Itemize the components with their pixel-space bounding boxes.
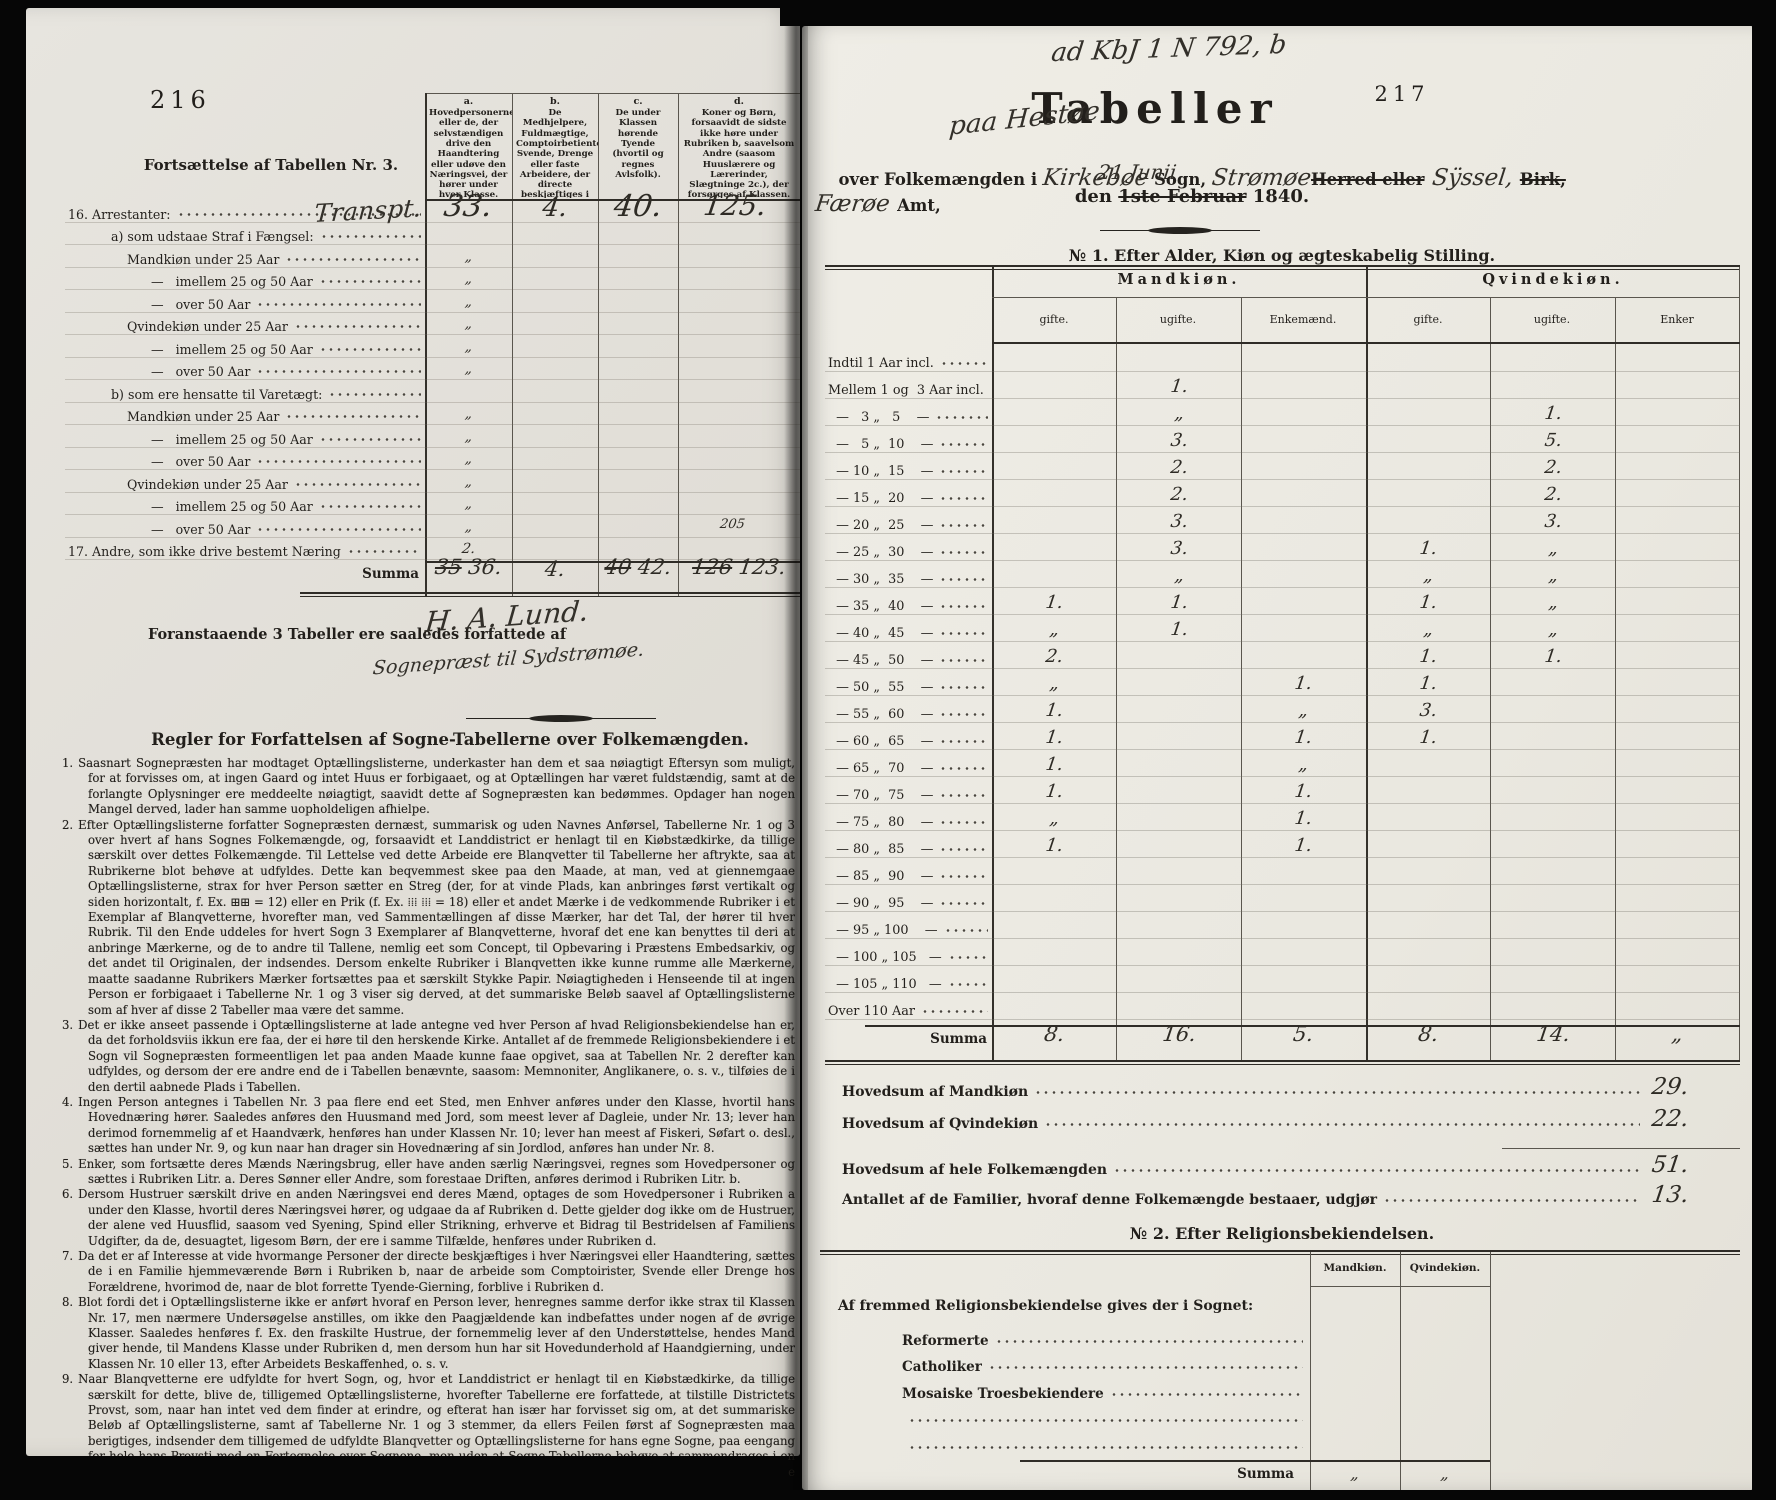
- cell-a: [425, 220, 512, 222]
- age-label-wrap: — 70 „ 75 —: [825, 788, 992, 803]
- row-label: — imellem 25 og 50 Aar: [151, 274, 313, 289]
- row-label: — imellem 25 og 50 Aar: [151, 342, 313, 357]
- cell-male-widowers: [1241, 640, 1366, 641]
- religion-row: [902, 1402, 1307, 1429]
- cell-female-unmarried: [1491, 937, 1616, 938]
- age-label: — 20 „ 25 —: [828, 518, 933, 533]
- age-row: — 100 „ 105 —: [825, 939, 1740, 966]
- dot-leader: [939, 764, 988, 773]
- cell-male-unmarried: [1117, 667, 1242, 668]
- scan-edge-bottom-right: [788, 1490, 1776, 1500]
- table-rule: [825, 265, 1740, 270]
- total-label: Antallet af de Familier, hvoraf denne Fo…: [842, 1192, 1377, 1208]
- cell-male-widowers: 1.: [1240, 835, 1368, 857]
- cell-female-married: [1366, 937, 1491, 938]
- cell-c: [598, 377, 678, 379]
- cell-male-unmarried: „: [1115, 565, 1243, 587]
- cell-female-unmarried: 5.: [1489, 430, 1617, 452]
- rule-text: Dersom Hustruer særskilt drive en anden …: [78, 1187, 795, 1247]
- table-row: Qvindekiøn under 25 Aar „: [65, 313, 800, 336]
- cell-b: [512, 445, 598, 447]
- cell-c: [598, 445, 678, 447]
- cell-c: [598, 287, 678, 289]
- table-rule: [1310, 1286, 1490, 1287]
- age-row: — 60 „ 65 — 1. 1. 1.: [825, 723, 1740, 750]
- cell-female-married: [1366, 883, 1491, 884]
- handwritten-date: 21 Junii: [1097, 160, 1178, 184]
- table2-intro: Af fremmed Religionsbekiendelse gives de…: [838, 1298, 1253, 1314]
- cell-b: [512, 400, 598, 402]
- cell-female-married: [1366, 370, 1491, 371]
- total-value: 22.: [1650, 1106, 1724, 1132]
- group-header-female: Qvindekiøn.: [1366, 271, 1740, 288]
- age-label-wrap: — 3 „ 5 —: [825, 410, 992, 425]
- total-label: Hovedsum af hele Folkemængden: [842, 1162, 1107, 1178]
- cell-male-married: [992, 505, 1117, 506]
- cell-female-married: [1366, 964, 1491, 965]
- age-row: — 40 „ 45 — „ 1. „ „: [825, 615, 1740, 642]
- cell-male-unmarried: [1117, 802, 1242, 803]
- cell-male-widowers: [1241, 478, 1366, 479]
- age-label-wrap: — 20 „ 25 —: [825, 518, 992, 533]
- summa-female-unmarried: 14.: [1489, 1022, 1617, 1047]
- age-label-wrap: — 50 „ 55 —: [825, 680, 992, 695]
- cell-female-unmarried: 2.: [1489, 457, 1617, 479]
- dot-leader: [256, 525, 421, 534]
- age-row: — 25 „ 30 — 3. 1. „: [825, 534, 1740, 561]
- cell-male-married: „: [990, 808, 1118, 830]
- rule-text: Saasnart Sognepræsten har modtaget Optæl…: [78, 756, 795, 816]
- cell-female-married: [1366, 424, 1491, 425]
- cell-female-unmarried: „: [1489, 565, 1617, 587]
- dot-leader: [939, 602, 988, 611]
- subcolumn-header: ugifte.: [1116, 313, 1240, 326]
- age-label-wrap: Mellem 1 og 3 Aar incl.: [825, 383, 992, 398]
- cell-b: [512, 355, 598, 357]
- cell-female-unmarried: 2.: [1489, 484, 1617, 506]
- cell-c: [598, 535, 678, 537]
- age-label: — 90 „ 95 —: [828, 896, 933, 911]
- cell-b: [512, 377, 598, 379]
- age-label-wrap: — 75 „ 80 —: [825, 815, 992, 830]
- cell-a: „: [424, 406, 514, 424]
- rule-text: Enker, som fortsætte deres Mænds Nærings…: [78, 1157, 795, 1186]
- dot-leader: [294, 480, 421, 489]
- row-label: Mandkiøn under 25 Aar: [127, 252, 279, 267]
- printed-text: Amt,: [897, 196, 941, 215]
- scan-edge-left: [0, 0, 26, 1500]
- separator-rule: [1502, 1148, 1740, 1149]
- dot-leader: [940, 359, 988, 368]
- row-label-wrap: — over 50 Aar: [65, 522, 425, 537]
- cell-female-unmarried: [1491, 802, 1616, 803]
- age-table: Mandkiøn. Qvindekiøn. gifte. ugifte. Enk…: [825, 265, 1740, 1065]
- age-row: Indtil 1 Aar incl.: [825, 345, 1740, 372]
- dot-leader: [939, 440, 988, 449]
- total-value: 51.: [1650, 1152, 1724, 1178]
- summa-male-married: 8.: [990, 1022, 1118, 1047]
- cell-c: [598, 512, 678, 514]
- dot-leader: [294, 322, 421, 331]
- cell-male-unmarried: 1.: [1115, 376, 1243, 398]
- age-label: — 70 „ 75 —: [828, 788, 933, 803]
- cell-c: [598, 467, 678, 469]
- rule-text: Efter Optællingslisterne forfatter Sogne…: [78, 818, 795, 1017]
- cell-male-unmarried: [1117, 370, 1242, 371]
- table-row: — over 50 Aar „: [65, 358, 800, 381]
- age-label: — 80 „ 85 —: [828, 842, 933, 857]
- struck-number: 40: [603, 555, 633, 579]
- subcolumn-header: ugifte.: [1490, 313, 1614, 326]
- dot-leader: [948, 953, 988, 962]
- age-label: — 55 „ 60 —: [828, 707, 933, 722]
- religion-label: Catholiker: [902, 1359, 982, 1375]
- cell-male-married: 1.: [990, 727, 1118, 749]
- cell-female-unmarried: 1.: [1489, 646, 1617, 668]
- table2-rows: Reformerte Catholiker Mosaiske Troesbeki…: [902, 1322, 1307, 1455]
- row-label: b) som ere hensatte til Varetægt:: [111, 387, 322, 402]
- cell-female-married: [1366, 397, 1491, 398]
- age-row: — 55 „ 60 — 1. „ 3.: [825, 696, 1740, 723]
- cell-a: „: [424, 451, 514, 469]
- dot-leader: [939, 575, 988, 584]
- group-header-male: Mandkiøn.: [992, 271, 1366, 288]
- cell-female-widows: [1615, 478, 1740, 479]
- dot-leader: [935, 413, 988, 422]
- cell-female-unmarried: [1491, 370, 1616, 371]
- age-label: — 65 „ 70 —: [828, 761, 933, 776]
- cell-female-married: [1366, 532, 1491, 533]
- cell-male-unmarried: „: [1115, 403, 1243, 425]
- cell-male-unmarried: [1117, 694, 1242, 695]
- corrected-number: 42.: [636, 555, 673, 579]
- cell-male-unmarried: [1117, 775, 1242, 776]
- printed-text: over Folkemængden i: [839, 170, 1043, 189]
- cell-female-unmarried: [1491, 694, 1616, 695]
- age-label: — 5 „ 10 —: [828, 437, 933, 452]
- age-label-wrap: — 15 „ 20 —: [825, 491, 992, 506]
- rule-paragraph: 6.Dersom Hustruer særskilt drive en ande…: [62, 1187, 795, 1249]
- rule-paragraph: 7.Da det er af Interesse at vide hvorman…: [62, 1249, 795, 1295]
- table-row: Mandkiøn under 25 Aar „: [65, 245, 800, 268]
- table-row: — over 50 Aar „: [65, 448, 800, 471]
- age-label-wrap: Indtil 1 Aar incl.: [825, 356, 992, 371]
- row-label: — over 50 Aar: [151, 454, 250, 469]
- table-rule: [425, 93, 800, 94]
- row-label-wrap: — over 50 Aar: [65, 454, 425, 469]
- cell-female-married: 1.: [1364, 673, 1492, 695]
- religion-label: Mosaiske Troesbekiendere: [902, 1386, 1104, 1402]
- cell-male-married: [992, 991, 1117, 992]
- cell-female-widows: [1615, 559, 1740, 560]
- column-header-c: c. De under Klassen hørende Tyende (hvor…: [598, 95, 678, 198]
- cell-female-married: [1366, 856, 1491, 857]
- cell-female-widows: [1615, 424, 1740, 425]
- age-label-wrap: — 95 „ 100 —: [825, 923, 992, 938]
- age-label-wrap: — 30 „ 35 —: [825, 572, 992, 587]
- age-row: — 30 „ 35 — „ „ „: [825, 561, 1740, 588]
- cell-male-widowers: [1241, 991, 1366, 992]
- total-value: 29.: [1650, 1074, 1724, 1100]
- religion-row: Catholiker: [902, 1349, 1307, 1376]
- struck-printed-date: 1ste Februar: [1118, 186, 1246, 207]
- row-label-wrap: — imellem 25 og 50 Aar: [65, 432, 425, 447]
- cell-d: [678, 220, 800, 222]
- row-label-wrap: Mandkiøn under 25 Aar: [65, 252, 425, 267]
- age-label: — 50 „ 55 —: [828, 680, 933, 695]
- summa-value: 4.: [512, 557, 597, 581]
- rule-number: 3.: [62, 1018, 78, 1032]
- row-label: Qvindekiøn under 25 Aar: [127, 477, 288, 492]
- cell-female-widows: [1615, 883, 1740, 884]
- cell-male-unmarried: [1117, 829, 1242, 830]
- cell-female-widows: [1615, 397, 1740, 398]
- age-row: — 80 „ 85 — 1. 1.: [825, 831, 1740, 858]
- cell-female-widows: [1615, 694, 1740, 695]
- dot-leader: [939, 710, 988, 719]
- row-label-wrap: 16. Arrestanter:: [65, 207, 425, 222]
- dot-leader: [256, 457, 421, 466]
- cell-male-unmarried: [1117, 721, 1242, 722]
- rule-number: 1.: [62, 756, 78, 770]
- age-label-wrap: — 55 „ 60 —: [825, 707, 992, 722]
- scan-edge-bottom-left: [0, 1456, 788, 1500]
- cell-d: [678, 355, 800, 357]
- column-header-a: a. Hovedpersonerne eller de, der selvstæ…: [425, 95, 512, 198]
- age-row: Over 110 Aar: [825, 993, 1740, 1020]
- cell-male-unmarried: [1117, 883, 1242, 884]
- cell-male-married: 1.: [990, 754, 1118, 776]
- rule-paragraph: 8.Blot fordi det i Optællingslisterne ik…: [62, 1295, 795, 1372]
- cell-female-married: [1366, 451, 1491, 452]
- row-label: — imellem 25 og 50 Aar: [151, 432, 313, 447]
- cell-male-widowers: [1241, 937, 1366, 938]
- table2-header-male: Mandkiøn.: [1310, 1262, 1400, 1274]
- cell-b: [512, 512, 598, 514]
- dot-leader: [319, 277, 421, 286]
- dot-leader: [177, 210, 421, 219]
- cell-c: [598, 490, 678, 492]
- corrected-number: 36.: [467, 555, 504, 579]
- cell-male-unmarried: [1117, 991, 1242, 992]
- cell-female-married: [1366, 775, 1491, 776]
- dot-leader: [908, 1416, 1303, 1425]
- cell-male-married: 1.: [990, 700, 1118, 722]
- cell-male-unmarried: 1.: [1115, 592, 1243, 614]
- book-gutter-shadow: [784, 0, 808, 1500]
- table-row: Qvindekiøn under 25 Aar „: [65, 470, 800, 493]
- dot-leader: [939, 521, 988, 530]
- dot-leader: [944, 926, 988, 935]
- rule-paragraph: 5.Enker, som fortsætte deres Mænds Nærin…: [62, 1157, 795, 1188]
- cell-female-unmarried: [1491, 883, 1616, 884]
- ornament-divider: [1100, 226, 1260, 235]
- cell-b: [512, 310, 598, 312]
- cell-male-unmarried: 2.: [1115, 457, 1243, 479]
- dot-leader: [939, 548, 988, 557]
- row-label-wrap: Mandkiøn under 25 Aar: [65, 409, 425, 424]
- dot-leader: [939, 818, 988, 827]
- cell-male-widowers: [1241, 559, 1366, 560]
- subcolumn-header: Enker: [1615, 313, 1739, 326]
- dot-leader: [1034, 1088, 1640, 1097]
- cell-female-married: [1366, 505, 1491, 506]
- age-label: — 85 „ 90 —: [828, 869, 933, 884]
- table2-caption: № 2. Efter Religionsbekiendelsen.: [842, 1224, 1722, 1243]
- cell-male-married: [992, 397, 1117, 398]
- table-rule: [1400, 1252, 1401, 1490]
- row-label-wrap: — over 50 Aar: [65, 364, 425, 379]
- cell-male-widowers: „: [1240, 700, 1368, 722]
- age-label-wrap: — 100 „ 105 —: [825, 950, 992, 965]
- cell-female-widows: [1615, 937, 1740, 938]
- table-row: Mandkiøn under 25 Aar „: [65, 403, 800, 426]
- cell-female-unmarried: 3.: [1489, 511, 1617, 533]
- cell-male-unmarried: 3.: [1115, 538, 1243, 560]
- cell-b: [512, 490, 598, 492]
- cell-female-unmarried: [1491, 829, 1616, 830]
- column-header-b: b. De Medhjelpere, Fuldmægtige, Comptoir…: [512, 95, 598, 198]
- cell-male-married: [992, 910, 1117, 911]
- row-label-wrap: b) som ere hensatte til Varetægt:: [65, 387, 425, 402]
- cell-female-married: [1366, 829, 1491, 830]
- age-label: — 45 „ 50 —: [828, 653, 933, 668]
- cell-male-married: [992, 532, 1117, 533]
- cell-female-widows: [1615, 802, 1740, 803]
- cell-male-married: [992, 478, 1117, 479]
- cell-d: [678, 422, 800, 424]
- row-label-wrap: 17. Andre, som ikke drive bestemt Næring: [65, 544, 425, 559]
- age-label: — 35 „ 40 —: [828, 599, 933, 614]
- cell-female-widows: [1615, 640, 1740, 641]
- row-label-wrap: Qvindekiøn under 25 Aar: [65, 319, 425, 334]
- dot-leader: [1113, 1166, 1640, 1175]
- total-label: Hovedsum af Qvindekiøn: [842, 1116, 1038, 1132]
- cell-male-widowers: „: [1240, 754, 1368, 776]
- table2-header-female: Qvindekiøn.: [1400, 1262, 1490, 1274]
- column-letter: d.: [682, 96, 796, 107]
- cell-d: [678, 400, 800, 402]
- cell-male-widowers: [1241, 883, 1366, 884]
- age-row: — 90 „ 95 —: [825, 885, 1740, 912]
- row-label-wrap: — imellem 25 og 50 Aar: [65, 342, 425, 357]
- cell-female-married: 1.: [1364, 727, 1492, 749]
- dot-leader: [939, 683, 988, 692]
- cell-d: [678, 467, 800, 469]
- cell-b: [512, 220, 598, 222]
- cell-female-widows: [1615, 829, 1740, 830]
- dot-leader: [939, 629, 988, 638]
- cell-female-married: 1.: [1364, 646, 1492, 668]
- cell-male-married: [992, 559, 1117, 560]
- table2-summa-male: „: [1309, 1464, 1402, 1483]
- ornament-divider: [466, 714, 656, 723]
- dot-leader: [285, 412, 421, 421]
- age-label-wrap: — 35 „ 40 —: [825, 599, 992, 614]
- cell-female-unmarried: [1491, 397, 1616, 398]
- religion-label: Reformerte: [902, 1333, 989, 1349]
- scan-edge-top-thin: [0, 0, 1776, 8]
- cell-male-married: [992, 451, 1117, 452]
- rule-number: 8.: [62, 1295, 78, 1309]
- row-label: — over 50 Aar: [151, 522, 250, 537]
- cell-male-married: 1.: [990, 781, 1118, 803]
- cell-d: [678, 377, 800, 379]
- age-row: — 65 „ 70 — 1. „: [825, 750, 1740, 777]
- age-label-wrap: — 25 „ 30 —: [825, 545, 992, 560]
- cell-a: „: [424, 361, 514, 379]
- subcolumn-header: gifte.: [992, 313, 1116, 326]
- cell-female-unmarried: [1491, 964, 1616, 965]
- cell-male-widowers: [1241, 910, 1366, 911]
- summa-value: 126 123.: [678, 555, 799, 579]
- cell-male-unmarried: [1117, 964, 1242, 965]
- cell-male-unmarried: [1117, 748, 1242, 749]
- cell-female-unmarried: „: [1489, 592, 1617, 614]
- rule-paragraph: 4.Ingen Person antegnes i Tabellen Nr. 3…: [62, 1095, 795, 1157]
- cell-female-widows: [1615, 721, 1740, 722]
- cell-d: [678, 332, 800, 334]
- table-rule: [825, 1060, 1740, 1065]
- cell-male-married: 1.: [990, 592, 1118, 614]
- column-letter: b.: [516, 96, 594, 107]
- cell-female-unmarried: [1491, 775, 1616, 776]
- cell-b: [512, 242, 598, 244]
- printed-text: 1840.: [1247, 186, 1310, 207]
- row-label-wrap: — imellem 25 og 50 Aar: [65, 499, 425, 514]
- cell-male-widowers: [1241, 532, 1366, 533]
- age-row: — 3 „ 5 — „ 1.: [825, 399, 1740, 426]
- total-line-female: Hovedsum af Qvindekiøn 22.: [842, 1106, 1722, 1132]
- religion-row: Reformerte: [902, 1322, 1307, 1349]
- row-label: Qvindekiøn under 25 Aar: [127, 319, 288, 334]
- subcolumn-header: Enkemænd.: [1241, 313, 1365, 326]
- cell-female-unmarried: 1.: [1489, 403, 1617, 425]
- cell-female-widows: [1615, 613, 1740, 614]
- printed-text: den: [1075, 186, 1118, 207]
- rule-number: 6.: [62, 1187, 78, 1201]
- dot-leader: [948, 980, 988, 989]
- age-label: — 30 „ 35 —: [828, 572, 933, 587]
- age-row: — 50 „ 55 — „ 1. 1.: [825, 669, 1740, 696]
- cell-a: „: [424, 249, 514, 267]
- cell-male-unmarried: [1117, 856, 1242, 857]
- dot-leader: [988, 1363, 1303, 1372]
- cell-c: [598, 400, 678, 402]
- cell-a: „: [424, 474, 514, 492]
- cell-male-married: [992, 883, 1117, 884]
- scan-edge-right: [1752, 0, 1776, 1500]
- cell-male-unmarried: 2.: [1115, 484, 1243, 506]
- cell-female-widows: [1615, 586, 1740, 587]
- summa-label: Summa: [903, 1031, 987, 1047]
- cell-female-married: 3.: [1364, 700, 1492, 722]
- right-page: ad KbJ 1 N 792, b 217 Tabeller paa Hestø…: [802, 26, 1754, 1490]
- cell-male-unmarried: 3.: [1115, 430, 1243, 452]
- summa-female-married: 8.: [1364, 1022, 1492, 1047]
- cell-b: [512, 287, 598, 289]
- cell-b: [512, 332, 598, 334]
- religion-row: [902, 1428, 1307, 1455]
- left-page: 216 Fortsættelse af Tabellen Nr. 3. a. H…: [26, 8, 800, 1456]
- cell-c: [598, 310, 678, 312]
- age-label: — 25 „ 30 —: [828, 545, 933, 560]
- dot-leader: [939, 467, 988, 476]
- cell-male-married: „: [990, 619, 1118, 641]
- row-label-wrap: — imellem 25 og 50 Aar: [65, 274, 425, 289]
- cell-male-widowers: [1241, 397, 1366, 398]
- cell-male-unmarried: 1.: [1115, 619, 1243, 641]
